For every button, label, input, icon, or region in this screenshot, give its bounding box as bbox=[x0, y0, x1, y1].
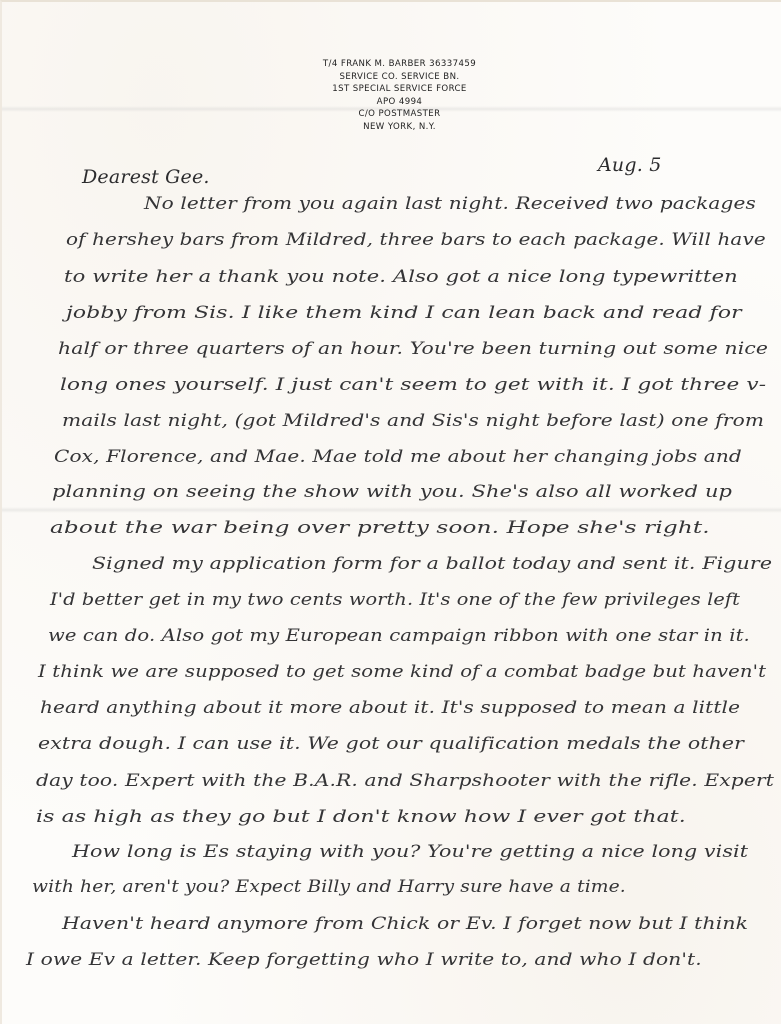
letter-line: of hershey bars from Mildred, three bars… bbox=[66, 230, 766, 249]
letter-line: I'd better get in my two cents worth. It… bbox=[50, 590, 740, 609]
letter-line: to write her a thank you note. Also got … bbox=[64, 267, 738, 286]
letter-line: mails last night, (got Mildred's and Sis… bbox=[62, 411, 764, 430]
letter-line: with her, aren't you? Expect Billy and H… bbox=[32, 877, 626, 896]
letter-date: Aug. 5 bbox=[598, 154, 662, 176]
letter-line: I owe Ev a letter. Keep forgetting who I… bbox=[26, 950, 702, 969]
letter-line: heard anything about it more about it. I… bbox=[40, 698, 740, 717]
letterhead-name: T/4 FRANK M. BARBER 36337459 bbox=[2, 58, 781, 71]
letter-line: long ones yourself. I just can't seem to… bbox=[60, 375, 766, 394]
letter-line: half or three quarters of an hour. You'r… bbox=[58, 339, 768, 358]
letterhead-unit: 1ST SPECIAL SERVICE FORCE bbox=[2, 83, 781, 96]
letter-line: I think we are supposed to get some kind… bbox=[38, 662, 766, 681]
salutation: Dearest Gee. bbox=[82, 166, 210, 188]
letterhead-apo: APO 4994 bbox=[2, 96, 781, 109]
letter-line: Cox, Florence, and Mae. Mae told me abou… bbox=[54, 447, 742, 466]
letterhead-postmaster: C/O POSTMASTER bbox=[2, 108, 781, 121]
letter-line: Haven't heard anymore from Chick or Ev. … bbox=[62, 914, 748, 933]
letter-page: T/4 FRANK M. BARBER 36337459 SERVICE CO.… bbox=[0, 0, 781, 1024]
letter-line: is as high as they go but I don't know h… bbox=[36, 807, 686, 826]
letterhead-company: SERVICE CO. SERVICE BN. bbox=[2, 71, 781, 84]
letterhead-city: NEW YORK, N.Y. bbox=[2, 121, 781, 134]
letter-line: day too. Expert with the B.A.R. and Shar… bbox=[36, 771, 774, 790]
letter-line: How long is Es staying with you? You're … bbox=[72, 842, 748, 861]
letter-line: No letter from you again last night. Rec… bbox=[144, 194, 756, 213]
letter-line: extra dough. I can use it. We got our qu… bbox=[38, 734, 744, 753]
letter-line: jobby from Sis. I like them kind I can l… bbox=[66, 303, 742, 322]
paper-fold bbox=[2, 507, 781, 513]
letter-line: about the war being over pretty soon. Ho… bbox=[50, 518, 710, 537]
letterhead: T/4 FRANK M. BARBER 36337459 SERVICE CO.… bbox=[2, 58, 781, 134]
letter-line: Signed my application form for a ballot … bbox=[92, 554, 772, 573]
letter-line: planning on seeing the show with you. Sh… bbox=[52, 482, 732, 501]
letter-line: we can do. Also got my European campaign… bbox=[48, 626, 750, 645]
